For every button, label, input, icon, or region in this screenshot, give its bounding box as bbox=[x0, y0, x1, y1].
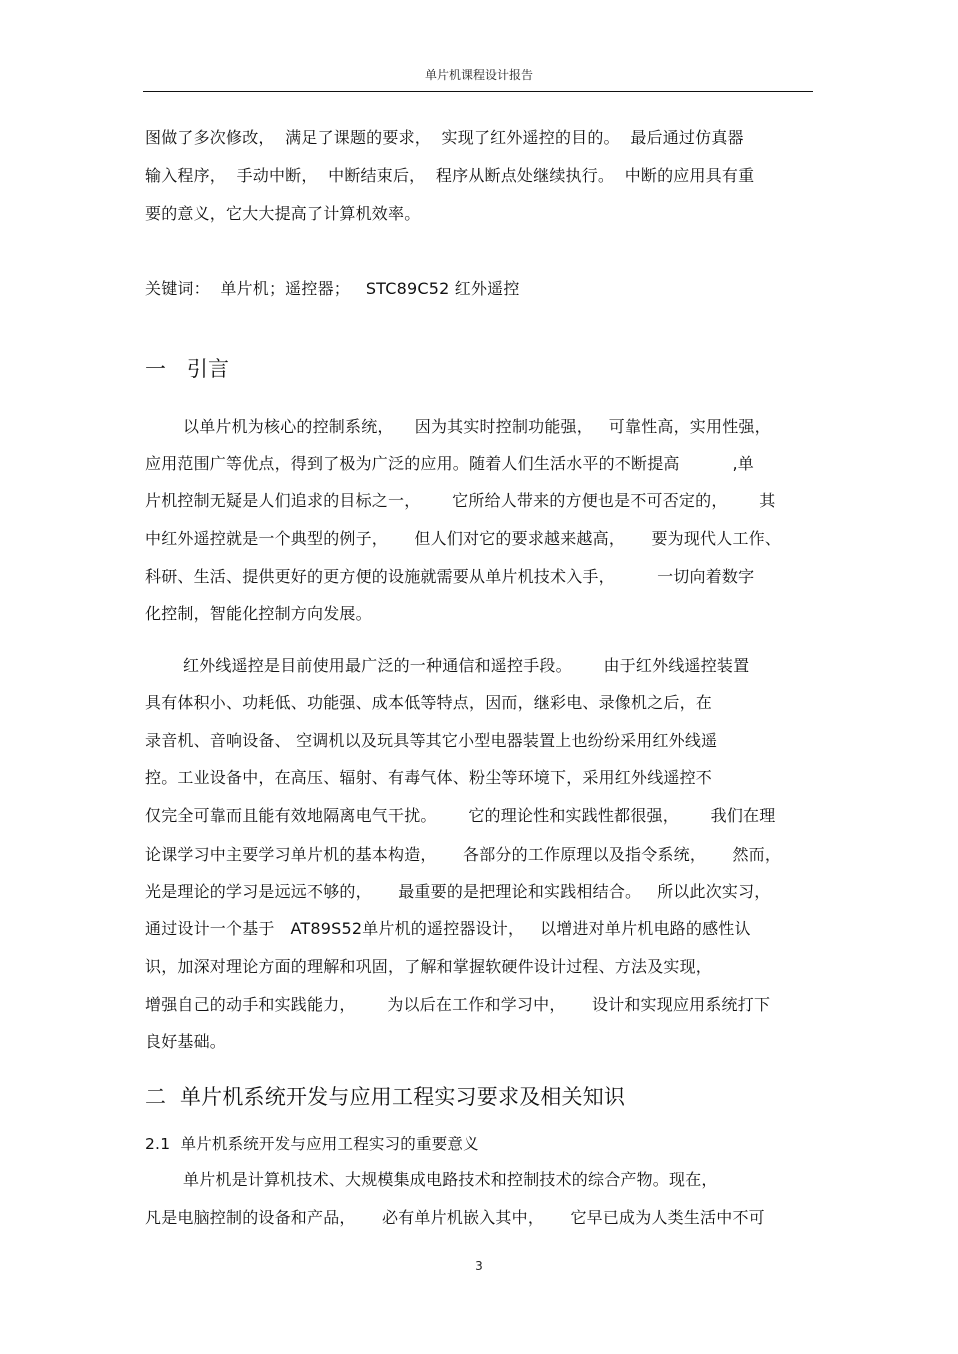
text-line: 单片机是计算机技术、大规模集成电路技术和控制技术的综合产物。现在， bbox=[183, 1170, 815, 1190]
text-line: 识，加深对理论方面的理解和巩固，了解和掌握软硬件设计过程、方法及实现， bbox=[145, 957, 815, 977]
text-line: 增强自己的动手和实践能力， 为以后在工作和学习中， 设计和实现应用系统打下 bbox=[145, 995, 815, 1015]
text-line: 论课学习中主要学习单片机的基本构造， 各部分的工作原理以及指令系统， 然而， bbox=[145, 845, 815, 865]
text-line: 化控制，智能化控制方向发展。 bbox=[145, 604, 815, 624]
text-line: 录音机、音响设备、 空调机以及玩具等其它小型电器装置上也纷纷采用红外线遥 bbox=[145, 731, 815, 751]
text-line: 片机控制无疑是人们追求的目标之一， 它所给人带来的方便也是不可否定的， 其 bbox=[145, 491, 815, 511]
keywords-line: 关键词： 单片机；遥控器； STC89C52 红外遥控 bbox=[145, 279, 815, 299]
page-number: 3 bbox=[0, 1259, 958, 1273]
section-heading: 二 单片机系统开发与应用工程实习要求及相关知识 bbox=[145, 1084, 815, 1110]
header-divider bbox=[143, 91, 813, 92]
text-line: 良好基础。 bbox=[145, 1032, 815, 1052]
text-line: 凡是电脑控制的设备和产品， 必有单片机嵌入其中， 它早已成为人类生活中不可 bbox=[145, 1208, 815, 1228]
text-line: 以单片机为核心的控制系统， 因为其实时控制功能强， 可靠性高，实用性强， bbox=[183, 417, 815, 437]
text-line: 图做了多次修改， 满足了课题的要求， 实现了红外遥控的目的。 最后通过仿真器 bbox=[145, 128, 815, 148]
text-line: 应用范围广等优点，得到了极为广泛的应用。随着人们生活水平的不断提高 ,单 bbox=[145, 454, 815, 474]
text-line: 中红外遥控就是一个典型的例子， 但人们对它的要求越来越高， 要为现代人工作、 bbox=[145, 529, 815, 549]
section-heading: 一 引言 bbox=[145, 356, 815, 382]
subsection-heading: 2.1 单片机系统开发与应用工程实习的重要意义 bbox=[145, 1134, 815, 1154]
text-line: 具有体积小、功耗低、功能强、成本低等特点，因而，继彩电、录像机之后，在 bbox=[145, 693, 815, 713]
text-line: 红外线遥控是目前使用最广泛的一种通信和遥控手段。 由于红外线遥控装置 bbox=[183, 656, 815, 676]
text-line: 科研、生活、提供更好的更方便的设施就需要从单片机技术入手， 一切向着数字 bbox=[145, 567, 815, 587]
text-line: 控。工业设备中，在高压、辐射、有毒气体、粉尘等环境下，采用红外线遥控不 bbox=[145, 768, 815, 788]
text-line: 通过设计一个基于 AT89S52单片机的遥控器设计， 以增进对单片机电路的感性认 bbox=[145, 919, 815, 939]
text-line: 光是理论的学习是远远不够的， 最重要的是把理论和实践相结合。 所以此次实习， bbox=[145, 882, 815, 902]
running-header-title: 单片机课程设计报告 bbox=[0, 66, 958, 83]
text-line: 仅完全可靠而且能有效地隔离电气干扰。 它的理论性和实践性都很强， 我们在理 bbox=[145, 806, 815, 826]
text-line: 输入程序， 手动中断， 中断结束后， 程序从断点处继续执行。 中断的应用具有重 bbox=[145, 166, 815, 186]
text-line: 要的意义，它大大提高了计算机效率。 bbox=[145, 204, 815, 224]
